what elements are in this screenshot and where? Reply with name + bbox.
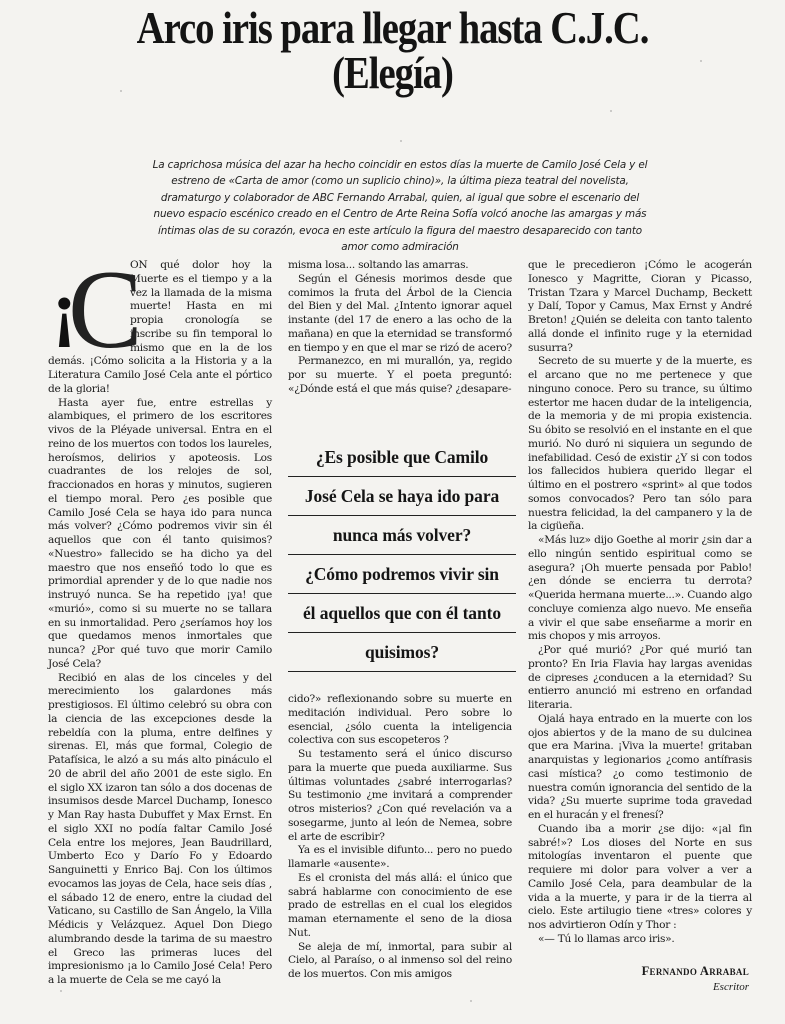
paragraph: Ya es el invisible difunto... pero no pu… xyxy=(288,844,512,872)
print-speck xyxy=(700,60,702,62)
paragraph: Recibió en alas de los cinceles y del me… xyxy=(48,672,272,988)
print-speck xyxy=(120,90,122,92)
paragraph: ¿Por qué murió? ¿Por qué murió tan pront… xyxy=(528,644,752,713)
print-speck xyxy=(400,140,402,142)
author-name: Fernando Arrabal xyxy=(642,964,749,979)
paragraph: Su testamento será el único discurso par… xyxy=(288,748,512,844)
paragraph: Secreto de su muerte y de la muerte, es … xyxy=(528,355,752,534)
print-speck xyxy=(60,990,62,992)
pull-quote-line: ¿Es posible que Camilo xyxy=(288,438,516,477)
drop-cap: ¡ C xyxy=(48,261,124,355)
paragraph: «Más luz» dijo Goethe al morir ¿sin dar … xyxy=(528,534,752,644)
article-column-1: ¡ C ON qué dolor hoy la Muerte es el tie… xyxy=(48,259,272,988)
drop-cap-letter: C xyxy=(68,255,142,365)
pull-quote-line: ¿Cómo podremos vivir sin xyxy=(288,555,516,594)
print-speck xyxy=(610,110,612,112)
paragraph: Según el Génesis morimos desde que comim… xyxy=(288,273,512,356)
paragraph: Cuando iba a morir ¿se dijo: «¡al fin sa… xyxy=(528,823,752,933)
author-signature: Fernando Arrabal Escritor xyxy=(642,964,749,993)
title-line-1: Arco iris para llegar hasta C.J.C. xyxy=(55,6,730,51)
pull-quote-line: José Cela se haya ido para xyxy=(288,477,516,516)
paragraph: «— Tú lo llamas arco iris». xyxy=(528,933,752,947)
article-column-3: que le precedieron ¡Cómo le acogerán Ion… xyxy=(528,259,752,947)
newspaper-page: Arco iris para llegar hasta C.J.C. (Eleg… xyxy=(0,0,785,1024)
article-column-2-top: misma losa... soltando las amarras. Segú… xyxy=(288,259,512,397)
article-lede: La caprichosa música del azar ha hecho c… xyxy=(150,157,650,255)
article-title: Arco iris para llegar hasta C.J.C. (Eleg… xyxy=(55,6,730,96)
paragraph: Permanezco, en mi murallón, ya, regido p… xyxy=(288,355,512,396)
pull-quote-line: él aquellos que con él tanto xyxy=(288,594,516,633)
title-line-2: (Elegía) xyxy=(55,51,730,96)
paragraph: cido?» reflexionando sobre su muerte en … xyxy=(288,693,512,748)
paragraph: Hasta ayer fue, entre estrellas y alambi… xyxy=(48,397,272,672)
paragraph: misma losa... soltando las amarras. xyxy=(288,259,512,273)
article-column-2-bottom: cido?» reflexionando sobre su muerte en … xyxy=(288,693,512,982)
paragraph: que le precedieron ¡Cómo le acogerán Ion… xyxy=(528,259,752,355)
paragraph: Es el cronista del más allá: el único qu… xyxy=(288,872,512,941)
pull-quote: ¿Es posible que Camilo José Cela se haya… xyxy=(288,438,516,672)
paragraph: Ojalá haya entrado en la muerte con los … xyxy=(528,713,752,823)
author-role: Escritor xyxy=(642,981,749,993)
pull-quote-line: nunca más volver? xyxy=(288,516,516,555)
pull-quote-line: quisimos? xyxy=(288,633,516,672)
print-speck xyxy=(470,1000,472,1002)
paragraph: Se aleja de mí, inmortal, para subir al … xyxy=(288,941,512,982)
